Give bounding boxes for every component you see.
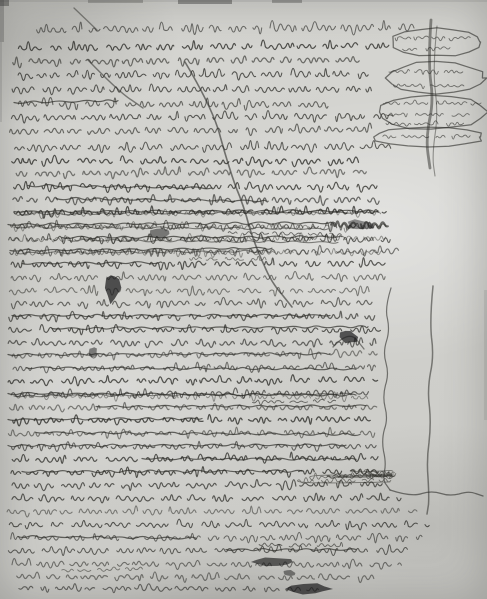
manuscript-drawing [0, 0, 487, 599]
manuscript-page [0, 0, 487, 599]
circled-margin-notes [374, 20, 487, 176]
main-text-lines [7, 20, 429, 592]
margin-insertion-column [297, 286, 483, 514]
